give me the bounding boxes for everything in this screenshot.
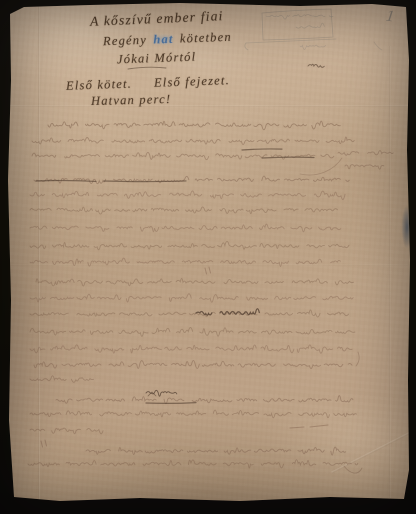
diagonal-crease-bottom-right [331,425,416,474]
chapter-label: Első fejezet. [154,73,230,90]
vertical-fold-crease-left [38,4,40,500]
edge-tear-smudge [393,204,413,250]
page-number: 1 [385,8,395,27]
volume-label: Első kötet. [66,77,132,93]
horizontal-crease-upper [10,105,408,107]
chapter-title: Hatvan perc! [91,92,172,109]
author-line: Jókai Mórtól [117,50,197,68]
manuscript-subtitle: Regény hat kötetben [103,30,232,49]
section-gap [132,87,154,88]
vertical-fold-crease-right [389,46,391,498]
subtitle-blue-pencil-word: hat [151,32,176,47]
section-heading: Első kötet.Első fejezet. [66,73,230,94]
manuscript-title: A kőszívű ember fiai [90,8,224,30]
subtitle-prefix: Regény [103,33,147,49]
photo-background: A kőszívű ember fiai Regény hat kötetben… [0,0,416,514]
manuscript-page: A kőszívű ember fiai Regény hat kötetben… [0,0,416,514]
horizontal-crease-middle [10,264,408,266]
subtitle-suffix: kötetben [180,30,232,46]
